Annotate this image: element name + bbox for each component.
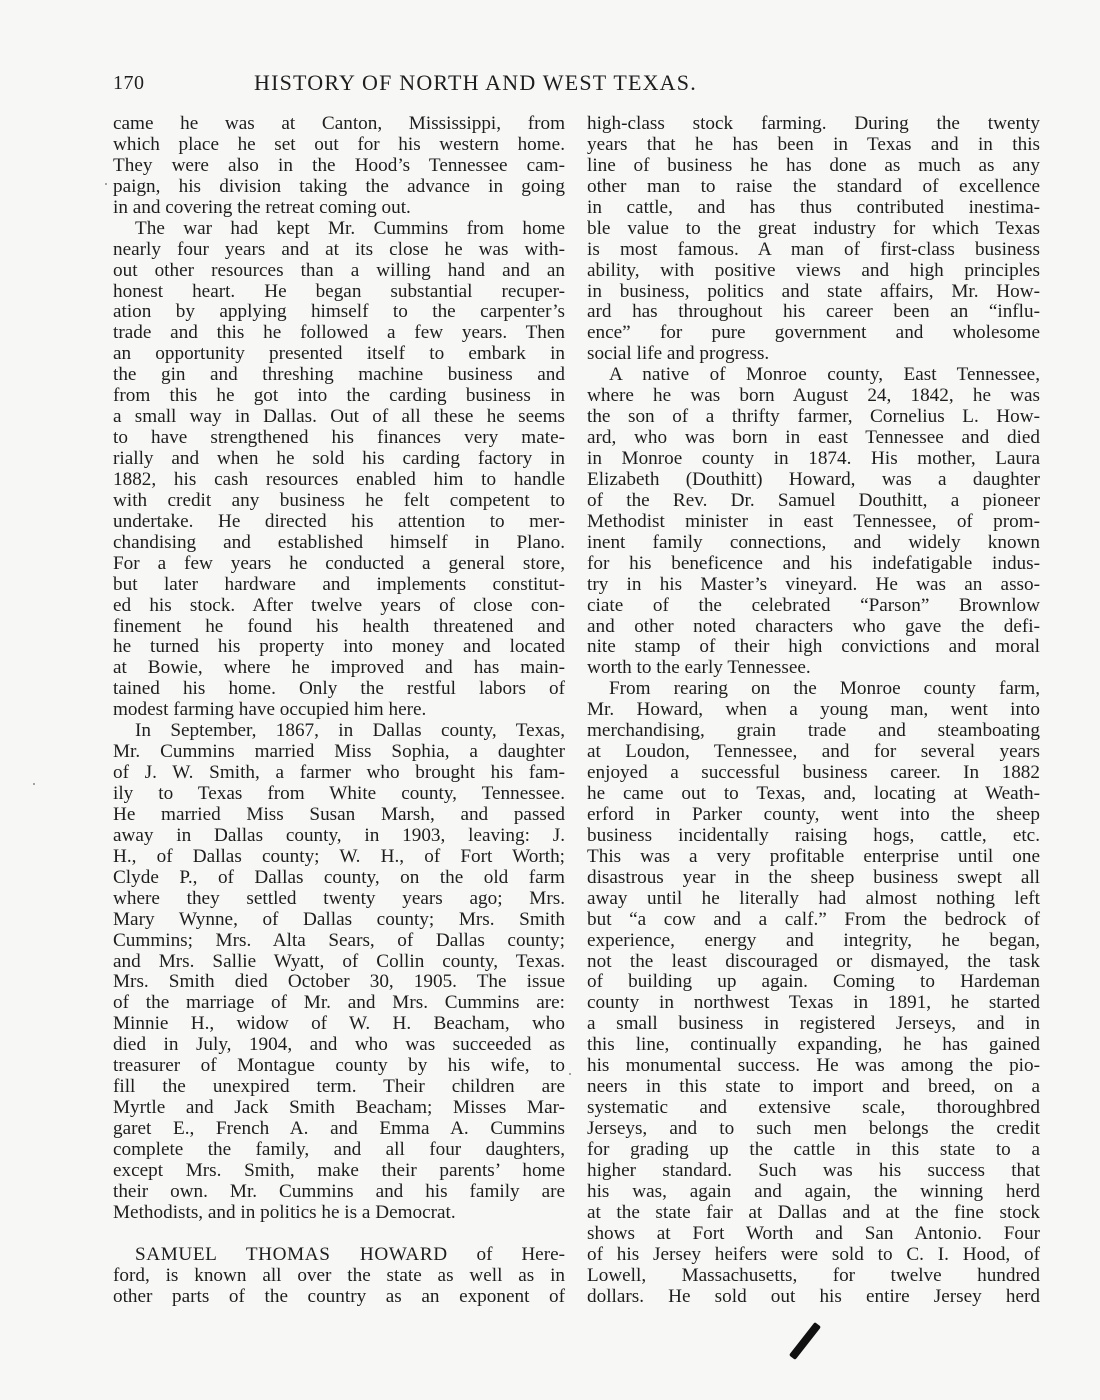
- text-line: try in his Master’s vineyard. He was an …: [587, 575, 1040, 596]
- text-line: and Mrs. Sallie Wyatt, of Collin county,…: [113, 952, 565, 973]
- text-line: his monumental success. He was among the…: [587, 1056, 1040, 1077]
- subject-name: SAMUEL THOMAS HOWARD: [135, 1244, 448, 1265]
- text-line: paign, his division taking the advance i…: [113, 177, 565, 198]
- text-line: of the marriage of Mr. and Mrs. Cummins …: [113, 993, 565, 1014]
- text-line: in business, politics and state affairs,…: [587, 282, 1040, 303]
- text-line: away in Dallas county, in 1903, leaving:…: [113, 826, 565, 847]
- text-line: except Mrs. Smith, make their parents’ h…: [113, 1161, 565, 1182]
- text-line: in and covering the retreat coming out.: [113, 198, 565, 219]
- text-line: he turned his property into money and lo…: [113, 637, 565, 658]
- text-line: ard has throughout his career been an “i…: [587, 302, 1040, 323]
- text-line: dollars. He sold out his entire Jersey h…: [587, 1287, 1040, 1308]
- text-line: social life and progress.: [587, 344, 1040, 365]
- text-line: fill the unexpired term. Their children …: [113, 1077, 565, 1098]
- paragraph-start-line: The war had kept Mr. Cummins from home: [113, 219, 565, 240]
- text-line: Jerseys, and to such men belongs the cre…: [587, 1119, 1040, 1140]
- text-line: for grading up the cattle in this state …: [587, 1140, 1040, 1161]
- text-line: of building up again. Coming to Hardeman: [587, 972, 1040, 993]
- text-line: inent family connections, and widely kno…: [587, 533, 1040, 554]
- text-line: with credit any business he felt compete…: [113, 491, 565, 512]
- text-line: neers in this state to import and breed,…: [587, 1077, 1040, 1098]
- text-line: is most famous. A man of first-class bus…: [587, 240, 1040, 261]
- text-line: 1882, his cash resources enabled him to …: [113, 470, 565, 491]
- text-line: nearly four years and at its close he wa…: [113, 240, 565, 261]
- text-line: to have strengthened his finances very m…: [113, 428, 565, 449]
- text-line: away until he literally had almost nothi…: [587, 889, 1040, 910]
- text-line: where he was born August 24, 1842, he wa…: [587, 386, 1040, 407]
- text-line: treasurer of Montague county by his wife…: [113, 1056, 565, 1077]
- text-line: other parts of the country as an exponen…: [113, 1287, 565, 1308]
- text-line: ard, who was born in east Tennessee and …: [587, 428, 1040, 449]
- text-line: Minnie H., widow of W. H. Beacham, who: [113, 1014, 565, 1035]
- text-line: Elizabeth (Douthitt) Howard, was a daugh…: [587, 470, 1040, 491]
- text-line: died in July, 1904, and who was succeede…: [113, 1035, 565, 1056]
- text-line: experience, energy and integrity, he beg…: [587, 931, 1040, 952]
- text-line: and other noted characters who gave the …: [587, 617, 1040, 638]
- text-line: of J. W. Smith, a farmer who brought his…: [113, 763, 565, 784]
- text-line: a small way in Dallas. Out of all these …: [113, 407, 565, 428]
- text-line: honest heart. He began substantial recup…: [113, 282, 565, 303]
- text-line: other man to raise the standard of excel…: [587, 177, 1040, 198]
- text-line: in Monroe county in 1874. His mother, La…: [587, 449, 1040, 470]
- right-column: high-class stock farming. During the twe…: [587, 114, 1040, 1307]
- text-line: Mary Wynne, of Dallas county; Mrs. Smith: [113, 910, 565, 931]
- text-line: garet E., French A. and Emma A. Cummins: [113, 1119, 565, 1140]
- text-line: modest farming have occupied him here.: [113, 700, 565, 721]
- text-line: For a few years he conducted a general s…: [113, 554, 565, 575]
- text-line: ence” for pure government and wholesome: [587, 323, 1040, 344]
- text-line: of his Jersey heifers were sold to C. I.…: [587, 1245, 1040, 1266]
- text-line: This was a very profitable enterprise un…: [587, 847, 1040, 868]
- text-line: He married Miss Susan Marsh, and passed: [113, 805, 565, 826]
- text-line: enjoyed a successful business career. In…: [587, 763, 1040, 784]
- text-line: nite stamp of their high convictions and…: [587, 637, 1040, 658]
- text-fragment: of Here-: [448, 1244, 565, 1265]
- text-line: worth to the early Tennessee.: [587, 658, 1040, 679]
- text-line: Mr. Cummins married Miss Sophia, a daugh…: [113, 742, 565, 763]
- text-line: ford, is known all over the state as wel…: [113, 1266, 565, 1287]
- text-line: high-class stock farming. During the twe…: [587, 114, 1040, 135]
- text-line: which place he set out for his western h…: [113, 135, 565, 156]
- text-line: where they settled twenty years ago; Mrs…: [113, 889, 565, 910]
- biography-heading-line: SAMUEL THOMAS HOWARD of Here-: [113, 1245, 565, 1266]
- text-line: rially and when he sold his carding fact…: [113, 449, 565, 470]
- text-line: at the state fair at Dallas and at the f…: [587, 1203, 1040, 1224]
- text-line: tained his home. Only the restful labors…: [113, 679, 565, 700]
- text-line: but later hardware and implements consti…: [113, 575, 565, 596]
- text-line: chandising and established himself in Pl…: [113, 533, 565, 554]
- text-line: ily to Texas from White county, Tennesse…: [113, 784, 565, 805]
- text-line: Lowell, Massachusetts, for twelve hundre…: [587, 1266, 1040, 1287]
- text-line: but “a cow and a calf.” From the bedrock…: [587, 910, 1040, 931]
- text-line: of the Rev. Dr. Samuel Douthitt, a pione…: [587, 491, 1040, 512]
- paragraph-start-line: A native of Monroe county, East Tennesse…: [587, 365, 1040, 386]
- text-line: out other resources than a willing hand …: [113, 261, 565, 282]
- text-line: from this he got into the carding busine…: [113, 386, 565, 407]
- text-line: county in northwest Texas in 1891, he st…: [587, 993, 1040, 1014]
- paragraph-start-line: From rearing on the Monroe county farm,: [587, 679, 1040, 700]
- text-line: H., of Dallas county; W. H., of Fort Wor…: [113, 847, 565, 868]
- text-line: ciate of the celebrated “Parson” Brownlo…: [587, 596, 1040, 617]
- text-line: Methodists, and in politics he is a Demo…: [113, 1203, 565, 1224]
- text-line: he came out to Texas, and, locating at W…: [587, 784, 1040, 805]
- text-line: ation by applying himself to the carpent…: [113, 302, 565, 323]
- text-line: finement he found his health threatened …: [113, 617, 565, 638]
- text-line: at Loudon, Tennessee, and for several ye…: [587, 742, 1040, 763]
- text-line: line of business he has done as much as …: [587, 156, 1040, 177]
- text-line: higher standard. Such was his success th…: [587, 1161, 1040, 1182]
- text-line: years that he has been in Texas and in t…: [587, 135, 1040, 156]
- text-line: at Bowie, where he improved and has main…: [113, 658, 565, 679]
- text-line: his was, again and again, the winning he…: [587, 1182, 1040, 1203]
- text-line: undertake. He directed his attention to …: [113, 512, 565, 533]
- paragraph-start-line: In September, 1867, in Dallas county, Te…: [113, 721, 565, 742]
- text-line: not the least discouraged or dismayed, t…: [587, 952, 1040, 973]
- text-line: ability, with positive views and high pr…: [587, 261, 1040, 282]
- text-line: in cattle, and has thus contributed ines…: [587, 198, 1040, 219]
- text-line: disastrous year in the sheep business sw…: [587, 868, 1040, 889]
- text-line: They were also in the Hood’s Tennessee c…: [113, 156, 565, 177]
- text-line: ble value to the great industry for whic…: [587, 219, 1040, 240]
- scan-speck: [105, 183, 107, 185]
- scan-speck: [33, 783, 35, 785]
- text-line: ed his stock. After twelve years of clos…: [113, 596, 565, 617]
- section-gap: [113, 1224, 565, 1245]
- running-head: HISTORY OF NORTH AND WEST TEXAS.: [254, 70, 697, 96]
- text-line: Methodist minister in east Tennessee, of…: [587, 512, 1040, 533]
- text-line: merchandising, grain trade and steamboat…: [587, 721, 1040, 742]
- left-column: came he was at Canton, Mississippi, from…: [113, 114, 565, 1308]
- text-line: complete the family, and all four daught…: [113, 1140, 565, 1161]
- text-line: their own. Mr. Cummins and his family ar…: [113, 1182, 565, 1203]
- text-line: trade and this he followed a few years. …: [113, 323, 565, 344]
- text-line: for his beneficence and his indefatigabl…: [587, 554, 1040, 575]
- text-line: the son of a thrifty farmer, Cornelius L…: [587, 407, 1040, 428]
- text-line: systematic and extensive scale, thorough…: [587, 1098, 1040, 1119]
- text-line: a small business in registered Jerseys, …: [587, 1014, 1040, 1035]
- text-line: Myrtle and Jack Smith Beacham; Misses Ma…: [113, 1098, 565, 1119]
- text-line: erford in Parker county, went into the s…: [587, 805, 1040, 826]
- page-number: 170: [113, 72, 145, 95]
- text-line: Cummins; Mrs. Alta Sears, of Dallas coun…: [113, 931, 565, 952]
- text-line: this line, continually expanding, he has…: [587, 1035, 1040, 1056]
- text-line: shows at Fort Worth and San Antonio. Fou…: [587, 1224, 1040, 1245]
- text-line: Mr. Howard, when a young man, went into: [587, 700, 1040, 721]
- text-line: Clyde P., of Dallas county, on the old f…: [113, 868, 565, 889]
- text-line: the gin and threshing machine business a…: [113, 365, 565, 386]
- pen-mark-scan-artifact: [789, 1322, 821, 1360]
- text-line: an opportunity presented itself to embar…: [113, 344, 565, 365]
- scan-speck: [569, 1073, 571, 1075]
- text-line: Mrs. Smith died October 30, 1905. The is…: [113, 972, 565, 993]
- text-line: business incidentally raising hogs, catt…: [587, 826, 1040, 847]
- text-line: came he was at Canton, Mississippi, from: [113, 114, 565, 135]
